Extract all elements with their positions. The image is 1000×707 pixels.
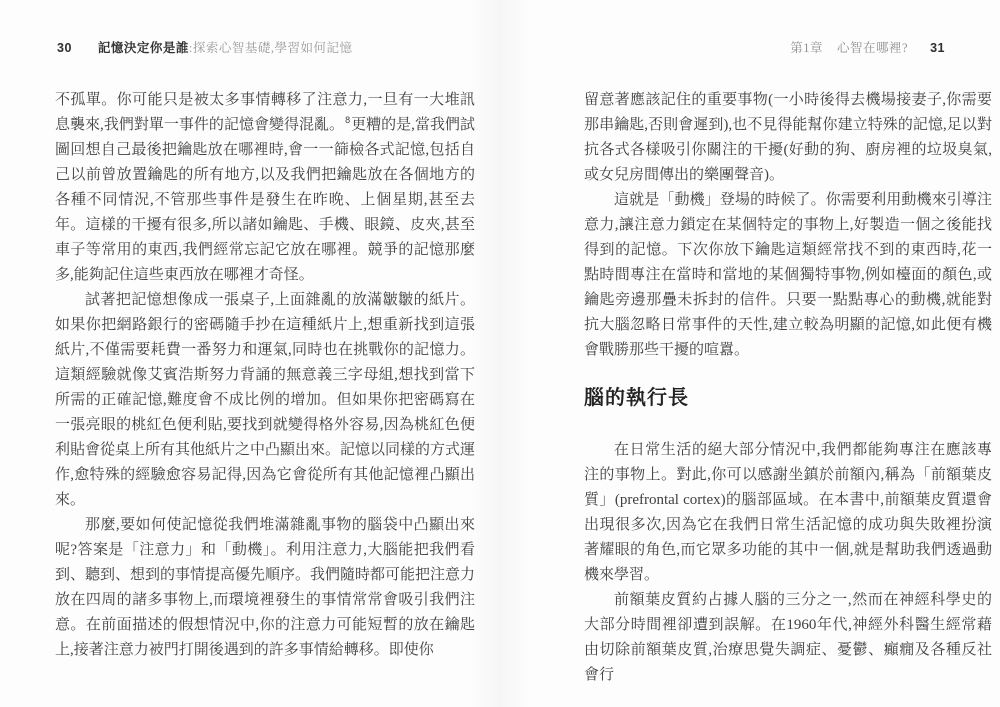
right-running-header: 第1章心智在哪裡?31 <box>790 40 945 56</box>
right-body-text: 留意著應該記住的重要事物(一小時後得去機場接妻子,你需要那串鑰匙,否則會遲到),… <box>584 88 992 688</box>
left-running-header: 30記憶決定你是誰:探索心智基礎,學習如何記憶 <box>57 40 353 56</box>
section-heading: 腦的執行長 <box>584 363 992 438</box>
paragraph-continuation: 不孤單。你可能只是被太多事情轉移了注意力,一旦有一大堆訊息襲來,我們對單一事件的… <box>55 88 475 288</box>
paragraph: 這就是「動機」登場的時候了。你需要利用動機來引導注意力,讓注意力鎖定在某個特定的… <box>584 188 992 363</box>
paragraph: 那麼,要如何使記憶從我們堆滿雜亂事物的腦袋中凸顯出來呢?答案是「注意力」和「動機… <box>55 513 475 663</box>
chapter-title: 心智在哪裡? <box>837 41 908 55</box>
paragraph: 前額葉皮質約占據人腦的三分之一,然而在神經科學史的大部分時間裡卻遭到誤解。在19… <box>584 588 992 688</box>
left-page-number: 30 <box>57 41 72 55</box>
book-spread: 30記憶決定你是誰:探索心智基礎,學習如何記憶 不孤單。你可能只是被太多事情轉移… <box>0 0 1000 707</box>
chapter-label: 第1章 <box>790 41 823 55</box>
paragraph-continuation: 留意著應該記住的重要事物(一小時後得去機場接妻子,你需要那串鑰匙,否則會遲到),… <box>584 88 992 188</box>
footnote-marker: 8 <box>345 115 350 125</box>
paragraph: 試著把記憶想像成一張桌子,上面雜亂的放滿皺皺的紙片。如果你把網路銀行的密碼隨手抄… <box>55 288 475 513</box>
book-subtitle: :探索心智基礎,學習如何記憶 <box>189 41 353 55</box>
paragraph: 在日常生活的絕大部分情況中,我們都能夠專注在應該專注的事物上。對此,你可以感謝坐… <box>584 438 992 588</box>
left-body-text: 不孤單。你可能只是被太多事情轉移了注意力,一旦有一大堆訊息襲來,我們對單一事件的… <box>55 88 475 663</box>
left-page: 30記憶決定你是誰:探索心智基礎,學習如何記憶 不孤單。你可能只是被太多事情轉移… <box>0 0 500 707</box>
book-title: 記憶決定你是誰 <box>98 41 189 55</box>
paragraph-text: 更糟的是,當我們試圖回想自己最後把鑰匙放在哪裡時,會一一篩檢各式記憶,包括自己以… <box>55 117 475 283</box>
right-page: 第1章心智在哪裡?31 留意著應該記住的重要事物(一小時後得去機場接妻子,你需要… <box>500 0 1000 707</box>
right-page-number: 31 <box>930 41 945 55</box>
